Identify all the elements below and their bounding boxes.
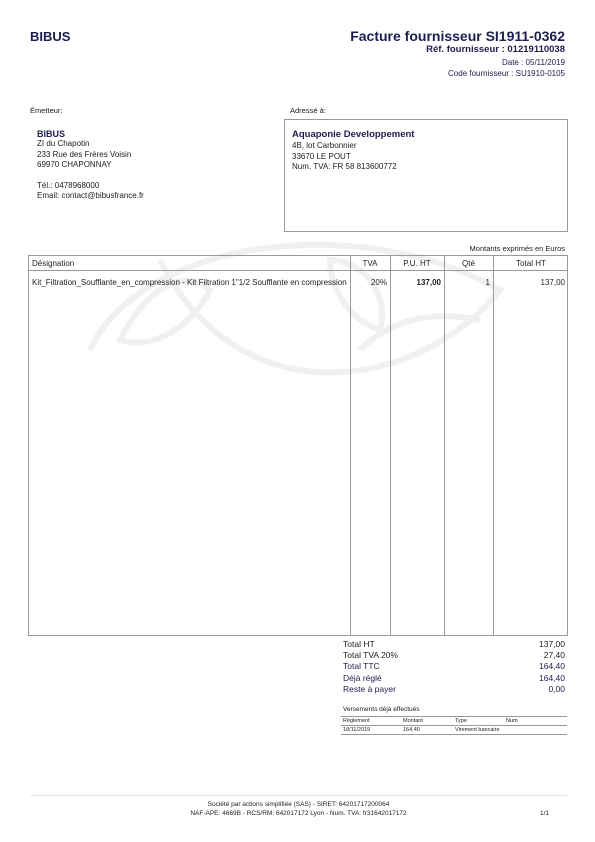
column-divider [444, 256, 445, 635]
totals-block: Total HT 137,00 Total TVA 20% 27,40 Tota… [343, 639, 565, 695]
payments-column-type: Type [455, 718, 467, 724]
total-ht-label: Total HT [343, 639, 375, 650]
item-tva: 20% [350, 277, 387, 288]
sender-address-line: 233 Rue des Frères Voisin [37, 150, 280, 161]
currency-note: Montants exprimés en Euros [470, 244, 565, 253]
payment-amount: 164,40 [403, 727, 420, 733]
total-tva-value: 27,40 [544, 650, 565, 661]
supplier-reference: Réf. fournisseur : 01219110038 [426, 44, 565, 55]
invoice-date: Date : 05/11/2019 [502, 58, 565, 67]
recipient-vat-number: Num. TVA: FR 58 813600772 [292, 162, 567, 173]
sender-address-line: ZI du Chapotin [37, 139, 280, 150]
recipient-label: Adressé à: [290, 106, 326, 115]
payments-table: Règlement Montant Type Num 18/11/2019 16… [341, 716, 567, 735]
sender-email: Email: contact@bibusfrance.fr [37, 191, 280, 202]
sender-phone: Tél.: 0478968000 [37, 181, 280, 192]
payments-column-date: Règlement [343, 718, 370, 724]
item-quantity: 1 [444, 277, 490, 288]
total-tva-label: Total TVA 20% [343, 650, 398, 661]
already-paid-label: Déjà réglé [343, 673, 382, 684]
column-header-quantity: Qté [444, 259, 493, 268]
supplier-code: Code fournisseur : SU1910-0105 [448, 69, 565, 78]
total-tva-row: Total TVA 20% 27,40 [343, 650, 565, 661]
page-number: 1/1 [540, 810, 549, 817]
total-ht-value: 137,00 [539, 639, 565, 650]
table-row: 18/11/2019 164,40 Virement bancaire [341, 726, 567, 735]
payments-column-num: Num [506, 718, 518, 724]
payment-type: Virement bancaire [455, 727, 500, 733]
total-ttc-row: Total TTC 164,40 [343, 661, 565, 672]
sender-name: BIBUS [37, 129, 280, 139]
payments-column-amount: Montant [403, 718, 423, 724]
column-divider [493, 256, 494, 635]
column-header-total-ht: Total HT [493, 259, 569, 268]
total-ttc-label: Total TTC [343, 661, 380, 672]
remaining-due-row: Reste à payer 0,00 [343, 684, 565, 695]
recipient-address-line: 33670 LE POUT [292, 152, 567, 163]
total-ttc-value: 164,40 [539, 661, 565, 672]
total-ht-row: Total HT 137,00 [343, 639, 565, 650]
company-brand: BIBUS [30, 29, 70, 44]
item-unit-price: 137,00 [390, 277, 441, 288]
sender-label: Émetteur: [30, 106, 63, 115]
item-total-ht: 137,00 [493, 277, 565, 288]
column-header-tva: TVA [350, 259, 390, 268]
payment-date: 18/11/2019 [343, 727, 370, 733]
recipient-address-line: 4B, lot Carbonnier [292, 141, 567, 152]
items-table: Désignation TVA P.U. HT Qté Total HT Kit… [28, 255, 568, 636]
column-divider [390, 256, 391, 635]
recipient-block: Aquaponie Developpement 4B, lot Carbonni… [284, 119, 568, 232]
sender-address-line: 69970 CHAPONNAY [37, 160, 280, 171]
remaining-due-label: Reste à payer [343, 684, 396, 695]
footer-legal-line-2: NAF-APE: 4669B - RCS/RM: 642017172 Lyon … [30, 810, 567, 817]
remaining-due-value: 0,00 [548, 684, 565, 695]
footer-legal-line-1: Société par actions simplifiée (SAS) - S… [30, 801, 567, 808]
sender-block: BIBUS ZI du Chapotin 233 Rue des Frères … [30, 124, 280, 224]
item-designation: Kit_Filtration_Soufflante_en_compression… [32, 277, 347, 288]
column-header-unit-price: P.U. HT [390, 259, 444, 268]
footer-divider [30, 795, 567, 796]
payments-header: Règlement Montant Type Num [341, 717, 567, 726]
invoice-title: Facture fournisseur SI1911-0362 [350, 28, 565, 44]
column-divider [350, 256, 351, 635]
already-paid-row: Déjà réglé 164,40 [343, 673, 565, 684]
already-paid-value: 164,40 [539, 673, 565, 684]
recipient-name: Aquaponie Developpement [292, 129, 567, 140]
column-header-designation: Désignation [32, 259, 74, 268]
payments-title: Versements déjà effectués [343, 706, 419, 713]
